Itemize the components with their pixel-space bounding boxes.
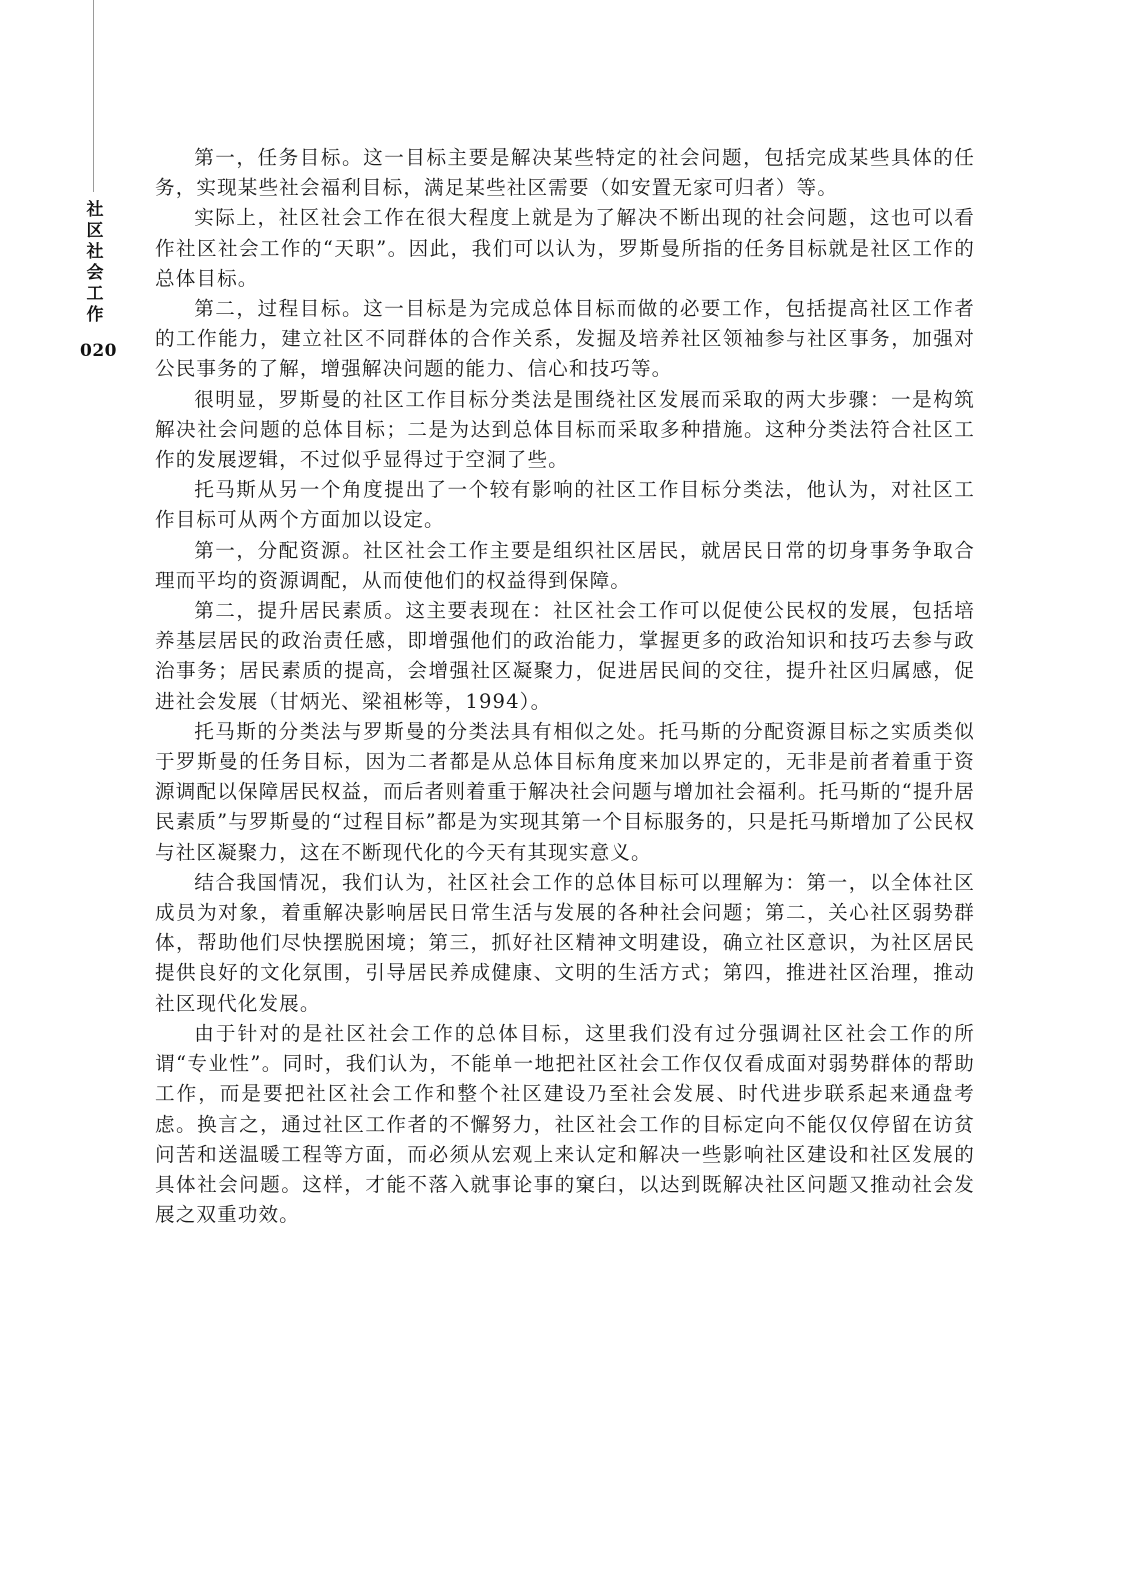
- margin-rule: [93, 0, 94, 192]
- paragraph-resource-allocation: 第一，分配资源。社区社会工作主要是组织社区居民，就居民日常的切身事务争取合理而平…: [155, 536, 975, 596]
- paragraph-comparison: 托马斯的分类法与罗斯曼的分类法具有相似之处。托马斯的分配资源目标之实质类似于罗斯…: [155, 717, 975, 868]
- running-head: 社区社会工作: [84, 200, 106, 326]
- paragraph-conclusion: 由于针对的是社区社会工作的总体目标，这里我们没有过分强调社区社会工作的所谓“专业…: [155, 1019, 975, 1230]
- paragraph-process-goal: 第二，过程目标。这一目标是为完成总体目标而做的必要工作，包括提高社区工作者的工作…: [155, 294, 975, 385]
- paragraph-china-goals: 结合我国情况，我们认为，社区社会工作的总体目标可以理解为：第一，以全体社区成员为…: [155, 868, 975, 1019]
- paragraph-thomas-intro: 托马斯从另一个角度提出了一个较有影响的社区工作目标分类法，他认为，对社区工作目标…: [155, 475, 975, 535]
- paragraph-resident-quality: 第二，提升居民素质。这主要表现在：社区社会工作可以促使公民权的发展，包括培养基层…: [155, 596, 975, 717]
- paragraph-rothman-evaluation: 很明显，罗斯曼的社区工作目标分类法是围绕社区发展而采取的两大步骤：一是构筑解决社…: [155, 385, 975, 476]
- body-text: 第一，任务目标。这一目标主要是解决某些特定的社会问题，包括完成某些具体的任务，实…: [155, 143, 975, 1230]
- paragraph-task-goal: 第一，任务目标。这一目标主要是解决某些特定的社会问题，包括完成某些具体的任务，实…: [155, 143, 975, 203]
- page-number: 020: [80, 341, 117, 361]
- paragraph-task-goal-explanation: 实际上，社区社会工作在很大程度上就是为了解决不断出现的社会问题，这也可以看作社区…: [155, 203, 975, 294]
